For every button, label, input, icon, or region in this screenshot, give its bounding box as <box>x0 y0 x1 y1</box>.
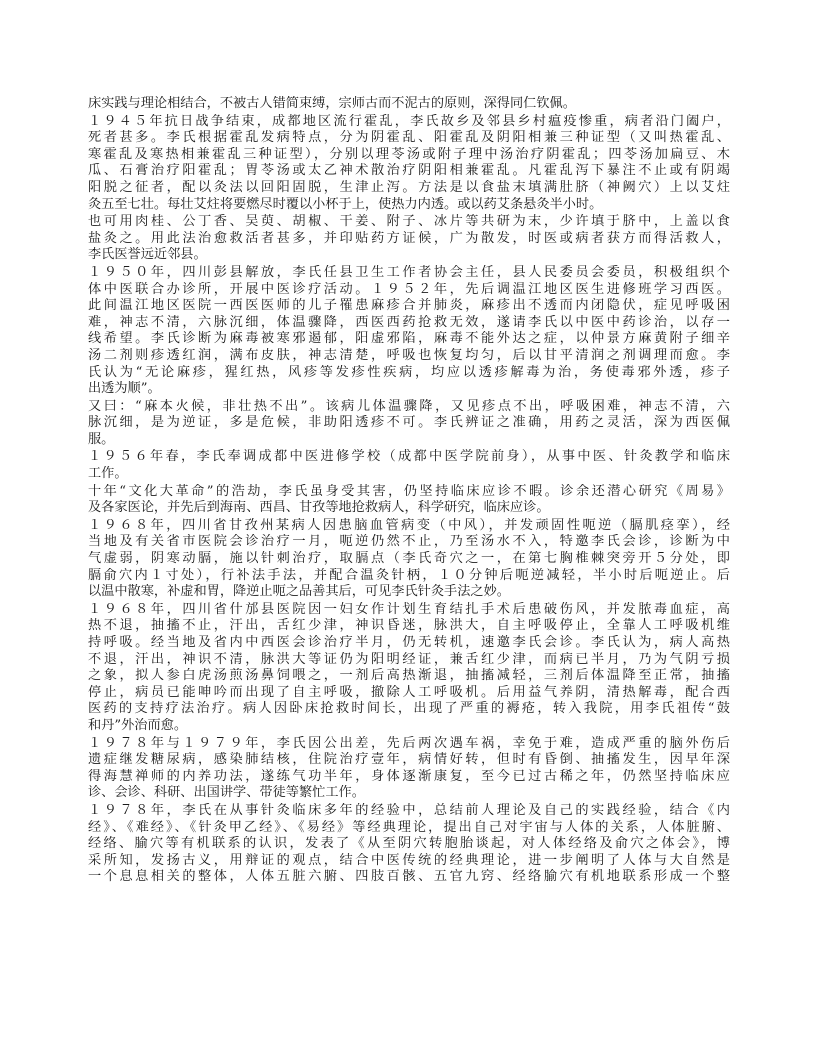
text-line: 瓜、石膏治疗阳霍乱；胃苓汤或太乙神术散治疗阴阳相兼霍乱。凡霍乱泻下暴注不止或有阴… <box>88 163 730 180</box>
text-line: 汤二剂则疹透红润，满布皮肤，神志清楚，呼吸也恢复均匀，后以甘平清润之剂调理而愈。… <box>88 348 730 365</box>
text-line: 出透为顺”。 <box>88 381 730 398</box>
text-line: 寒霍乱及寒热相兼霍乱三种证型），分别以理苓汤或附子理中汤治疗阴霍乱；四苓汤加扁豆… <box>88 147 730 164</box>
text-line: 停止，病员已能呻吟而出现了自主呼吸，撤除人工呼吸机。后用益气养阴，清热解毒，配合… <box>88 685 730 702</box>
text-line: 遗症继发糖尿病，感染肺结核，住院治疗壹年，病情好转，但时有昏倒、抽搐发生，因早年… <box>88 752 730 769</box>
paragraph-cultural-revolution: 十年“文化大革命”的浩劫，李氏虽身受其害，仍坚持临床应诊不暇。诊余还潜心研究《周… <box>88 484 730 517</box>
paragraph-remedy: 也可用肉桂、公丁香、吴萸、胡椒、干姜、附子、冰片等共研为末，少许填于脐中，上盖以… <box>88 214 730 264</box>
text-line: 氏认为“无论麻疹，猩红热，风疹等发疹性疾病，均应以透疹解毒为治，务使毒邪外透，疹… <box>88 365 730 382</box>
text-line: １９５６年春，李氏奉调成都中医进修学校（成都中医学院前身），从事中医、针灸教学和… <box>88 449 730 466</box>
text-line: 和丹”外治而愈。 <box>88 718 730 735</box>
paragraph-1950: １９５０年，四川彭县解放，李氏任县卫生工作者协会主任，县人民委员会委员，积极组织… <box>88 265 730 398</box>
text-line: 服。 <box>88 432 730 449</box>
text-line: 一个息息相关的整体，人体五脏六腑、四肢百骸、五官九窍、经络腧穴有机地联系形成一个… <box>88 869 730 886</box>
text-line: 又曰：“麻本火候，非壮热不出”。该病儿体温骤降，又见疹点不出，呼吸困难，神志不清… <box>88 399 730 416</box>
text-line: 热不退，抽搐不止，汗出，舌红少津，神识昏迷，脉洪大，自主呼吸停止，全靠人工呼吸机… <box>88 618 730 635</box>
text-line: 不退，汗出，神识不清，脉洪大等证仍为阳明经证，兼舌红少津，而病已半月，乃为气阴亏… <box>88 652 730 669</box>
text-line: 经络、腧穴等有机联系的认识，发表了《从至阴穴转胞胎谈起，对人体经络及俞穴之体会》… <box>88 836 730 853</box>
paragraph-1968-ganzi: １９６８年，四川省甘孜州某病人因患脑血管病变（中风），并发顽固性呃逆（膈肌痉挛）… <box>88 518 730 601</box>
text-line: 当地及有关省市医院会诊治疗一月，呃逆仍然不止，乃至汤水不入，特邀李氏会诊，诊断为… <box>88 534 730 551</box>
text-line: 诊、会诊、科研、出国讲学、带徒等繁忙工作。 <box>88 785 730 802</box>
text-line: 也可用肉桂、公丁香、吴萸、胡椒、干姜、附子、冰片等共研为末，少许填于脐中，上盖以… <box>88 214 730 231</box>
document-page: 床实践与理论相结合，不被古人错简束缚，宗师古而不泥古的原则，深得同仁钦佩。 １９… <box>88 96 730 887</box>
paragraph-1968-shifang: １９６８年，四川省什邡县医院因一妇女作计划生育结扎手术后患破伤风，并发脓毒血症，… <box>88 602 730 735</box>
text-line: 十年“文化大革命”的浩劫，李氏虽身受其害，仍坚持临床应诊不暇。诊余还潜心研究《周… <box>88 484 730 501</box>
paragraph-1978-theory: １９７８年，李氏在从事针灸临床多年的经验中，总结前人理论及自己的实践经验，结合《… <box>88 803 730 886</box>
text-line: 持呼吸。经当地及省内中西医会诊治疗半月，仍无转机，速邀李氏会诊。李氏认为，病人高… <box>88 635 730 652</box>
text-line: 灸五至七壮。每壮艾炷将要燃尽时覆以小杯于上，使热力内透。或以药艾条悬灸半小时。 <box>88 197 730 214</box>
text-line: 阳脱之征者，配以灸法以回阳固脱，生津止泻。方法是以食盐末填满肚脐（神阙穴）上以艾… <box>88 180 730 197</box>
text-line: 以温中散寒，补虚和胃，降逆止呃之品善其后，可见李氏针灸手法之妙。 <box>88 584 730 601</box>
text-line: 之象，拟人参白虎汤煎汤鼻饲喂之，一剂后高热渐退，抽搐减轻，三剂后体温降至正常，抽… <box>88 668 730 685</box>
text-line: 及各家医论，并先后到海南、西昌、甘孜等地抢救病人，科学研究，临床应诊。 <box>88 500 730 517</box>
text-line: 床实践与理论相结合，不被古人错简束缚，宗师古而不泥古的原则，深得同仁钦佩。 <box>88 96 730 113</box>
text-line: 盐灸之。用此法治愈救活者甚多，并印贴药方证候，广为散发，时医或病者获方而得活救人… <box>88 231 730 248</box>
text-line: 脉沉细，是为逆证，多是危候，非助阳透疹不可。李氏辨证之准确，用药之灵活，深为西医… <box>88 415 730 432</box>
paragraph-1978-1979: １９７８年与１９７９年，李氏因公出差，先后两次遇车祸，幸免于难，造成严重的脑外伤… <box>88 736 730 802</box>
paragraph: 床实践与理论相结合，不被古人错简束缚，宗师古而不泥古的原则，深得同仁钦佩。 <box>88 96 730 113</box>
text-line: １９６８年，四川省什邡县医院因一妇女作计划生育结扎手术后患破伤风，并发脓毒血症，… <box>88 602 730 619</box>
paragraph-1945-cholera: １９４５年抗日战争结束，成都地区流行霍乱，李氏故乡及邻县乡村瘟疫惨重，病者沿门阖… <box>88 114 730 214</box>
text-line: 难，神志不清，六脉沉细，体温骤降，西医西药抢救无效，遂请李氏以中医中药诊治，以存… <box>88 315 730 332</box>
text-line: 膈俞穴内１寸处），行补法手法，并配合温灸针柄，１０分钟后呃逆减轻，半小时后呃逆止… <box>88 568 730 585</box>
text-line: 工作。 <box>88 466 730 483</box>
text-line: 李氏医誉远近邻县。 <box>88 247 730 264</box>
text-line: 经》、《难经》、《针灸甲乙经》、《易经》等经典理论，提出自己对宇宙与人体的关系，… <box>88 820 730 837</box>
text-line: 线希望。李氏诊断为麻毒被寒邪遏郁，阳虚邪陷，麻毒不能外达之症，以仲景方麻黄附子细… <box>88 331 730 348</box>
text-line: １９７８年与１９７９年，李氏因公出差，先后两次遇车祸，幸免于难，造成严重的脑外伤… <box>88 736 730 753</box>
text-line: 体中医联合办诊所，开展中医诊疗活动。１９５２年，先后调温江地区医生进修班学习西医… <box>88 282 730 299</box>
text-line: １９６８年，四川省甘孜州某病人因患脑血管病变（中风），并发顽固性呃逆（膈肌痉挛）… <box>88 518 730 535</box>
paragraph-measles: 又曰：“麻本火候，非壮热不出”。该病儿体温骤降，又见疹点不出，呼吸困难，神志不清… <box>88 399 730 449</box>
text-line: 医药的支持疗法治疗。病人因卧床抢救时间长，出现了严重的褥疮，转入我院，用李氏祖传… <box>88 701 730 718</box>
text-line: 此间温江地区医院一西医医师的儿子罹患麻疹合并肺炎，麻疹出不透而内闭隐伏，症见呼吸… <box>88 298 730 315</box>
text-line: １９５０年，四川彭县解放，李氏任县卫生工作者协会主任，县人民委员会委员，积极组织… <box>88 265 730 282</box>
text-line: １９４５年抗日战争结束，成都地区流行霍乱，李氏故乡及邻县乡村瘟疫惨重，病者沿门阖… <box>88 114 730 131</box>
text-line: 得海慧禅师的内养功法，遂练气功半年，身体逐渐康复，至今已过古稀之年，仍然坚持临床… <box>88 769 730 786</box>
text-line: 死者甚多。李氏根据霍乱发病特点，分为阴霍乱、阳霍乱及阴阳相兼三种证型（又叫热霍乱… <box>88 130 730 147</box>
text-line: 采所知，发扬古义，用辩证的观点，结合中医传统的经典理论，进一步阐明了人体与大自然… <box>88 853 730 870</box>
paragraph-1956: １９５６年春，李氏奉调成都中医进修学校（成都中医学院前身），从事中医、针灸教学和… <box>88 449 730 482</box>
text-line: １９７８年，李氏在从事针灸临床多年的经验中，总结前人理论及自己的实践经验，结合《… <box>88 803 730 820</box>
text-line: 气虚弱，阴寒动膈，施以针刺治疗，取膈点（李氏奇穴之一，在第七胸椎棘突旁开５分处，… <box>88 551 730 568</box>
